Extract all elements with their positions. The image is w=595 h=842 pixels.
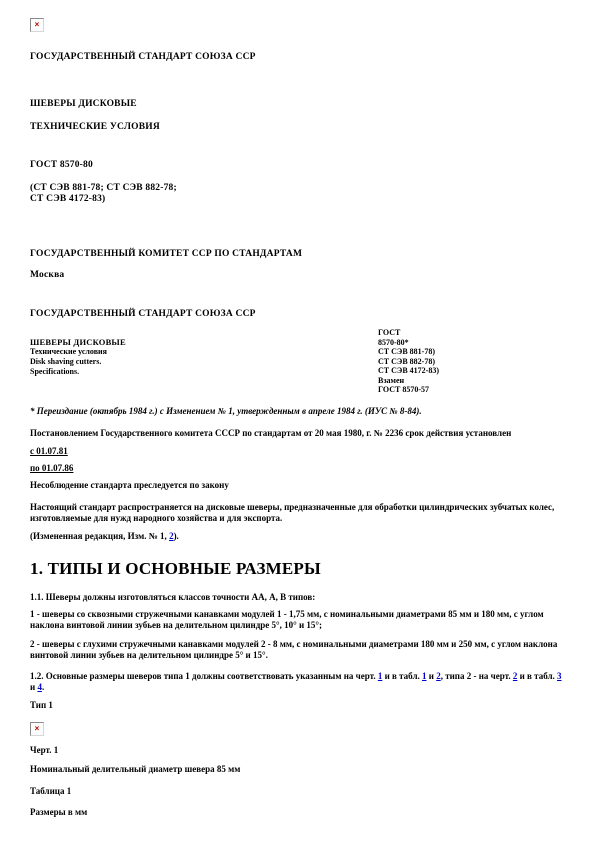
- replaced-standard: ГОСТ 8570-57: [378, 385, 567, 395]
- state-committee-line: ГОСУДАРСТВЕННЫЙ КОМИТЕТ ССР ПО СТАНДАРТА…: [30, 249, 567, 260]
- ussr-standard-header-2: ГОСУДАРСТВЕННЫЙ СТАНДАРТ СОЮЗА ССР: [30, 309, 567, 320]
- type-label: Тип 1: [30, 700, 567, 711]
- designation-sev-2: СТ СЭВ 882-78): [378, 357, 567, 367]
- clause-1-1: 1.1. Шеверы должны изготовляться классов…: [30, 592, 567, 603]
- table-3-ref-link[interactable]: 3: [557, 671, 562, 681]
- type-2-description: 2 - шеверы с глухими стружечными канавка…: [30, 639, 567, 660]
- scope-paragraph: Настоящий стандарт распространяется на д…: [30, 502, 567, 523]
- clause-1-2-text: .: [42, 682, 44, 692]
- title-block-subtitle-ru: Технические условия: [30, 347, 378, 357]
- figure-broken-image-icon: ×: [30, 722, 44, 736]
- sev-standards-note: (СТ СЭВ 881-78; СТ СЭВ 882-78; СТ СЭВ 41…: [30, 183, 567, 205]
- broken-image-x-icon: ×: [35, 21, 40, 29]
- dimensions-units-note: Размеры в мм: [30, 807, 567, 818]
- validity-date-to: по 01.07.86: [30, 463, 567, 474]
- validity-date-from: с 01.07.81: [30, 446, 567, 457]
- designation-sev-3: СТ СЭВ 4172-83): [378, 366, 567, 376]
- standard-number: ГОСТ 8570-80: [30, 160, 567, 171]
- replaces-word: Взамен: [378, 376, 567, 386]
- clause-1-2-text: и в табл.: [382, 671, 422, 681]
- designation-gost-number: 8570-80*: [378, 338, 567, 348]
- title-block-left: ШЕВЕРЫ ДИСКОВЫЕ Технические условия Disk…: [30, 328, 378, 395]
- sev-standards-line1: (СТ СЭВ 881-78; СТ СЭВ 882-78;: [30, 183, 567, 194]
- title-block-title-en: Disk shaving cutters.: [30, 357, 378, 367]
- ussr-standard-header: ГОСУДАРСТВЕННЫЙ СТАНДАРТ СОЮЗА ССР: [30, 52, 567, 63]
- section-1-heading: 1. ТИПЫ И ОСНОВНЫЕ РАЗМЕРЫ: [30, 559, 567, 578]
- subtitle-technical-conditions: ТЕХНИЧЕСКИЕ УСЛОВИЯ: [30, 122, 567, 133]
- figure-placeholder: ×: [30, 718, 567, 736]
- nominal-diameter-note: Номинальный делительный диаметр шевера 8…: [30, 764, 567, 775]
- amendment-note-prefix: (Измененная редакция, Изм. № 1,: [30, 531, 169, 541]
- table-1-label: Таблица 1: [30, 786, 567, 797]
- title-block-product-title: ШЕВЕРЫ ДИСКОВЫЕ: [30, 337, 378, 347]
- document-page: × ГОСУДАРСТВЕННЫЙ СТАНДАРТ СОЮЗА ССР ШЕВ…: [0, 0, 595, 842]
- city-line: Москва: [30, 270, 567, 281]
- clause-1-2-text: , типа 2 - на черт.: [441, 671, 513, 681]
- sev-standards-line2: СТ СЭВ 4172-83): [30, 194, 567, 205]
- law-enforcement-note: Несоблюдение стандарта преследуется по з…: [30, 480, 567, 491]
- title-block-subtitle-en: Specifications.: [30, 367, 378, 377]
- clause-1-2: 1.2. Основные размеры шеверов типа 1 дол…: [30, 671, 567, 692]
- title-block-right: ГОСТ 8570-80* СТ СЭВ 881-78) СТ СЭВ 882-…: [378, 328, 567, 395]
- product-title: ШЕВЕРЫ ДИСКОВЫЕ: [30, 99, 567, 110]
- figure-caption: Черт. 1: [30, 745, 567, 756]
- clause-1-2-text: и: [427, 671, 437, 681]
- designation-sev-1: СТ СЭВ 881-78): [378, 347, 567, 357]
- title-block: ШЕВЕРЫ ДИСКОВЫЕ Технические условия Disk…: [30, 328, 567, 395]
- clause-1-2-text: 1.2. Основные размеры шеверов типа 1 дол…: [30, 671, 378, 681]
- designation-gost-word: ГОСТ: [378, 328, 567, 338]
- figure-broken-image-x-icon: ×: [35, 725, 40, 733]
- broken-image-icon: ×: [30, 18, 44, 32]
- amendment-note: (Измененная редакция, Изм. № 1, 2).: [30, 531, 567, 542]
- reissue-note: * Переиздание (октябрь 1984 г.) с Измене…: [30, 406, 567, 417]
- clause-1-2-text: и в табл.: [517, 671, 557, 681]
- type-1-description: 1 - шеверы со сквозными стружечными кана…: [30, 609, 567, 630]
- decree-paragraph: Постановлением Государственного комитета…: [30, 428, 567, 439]
- amendment-note-suffix: ).: [174, 531, 179, 541]
